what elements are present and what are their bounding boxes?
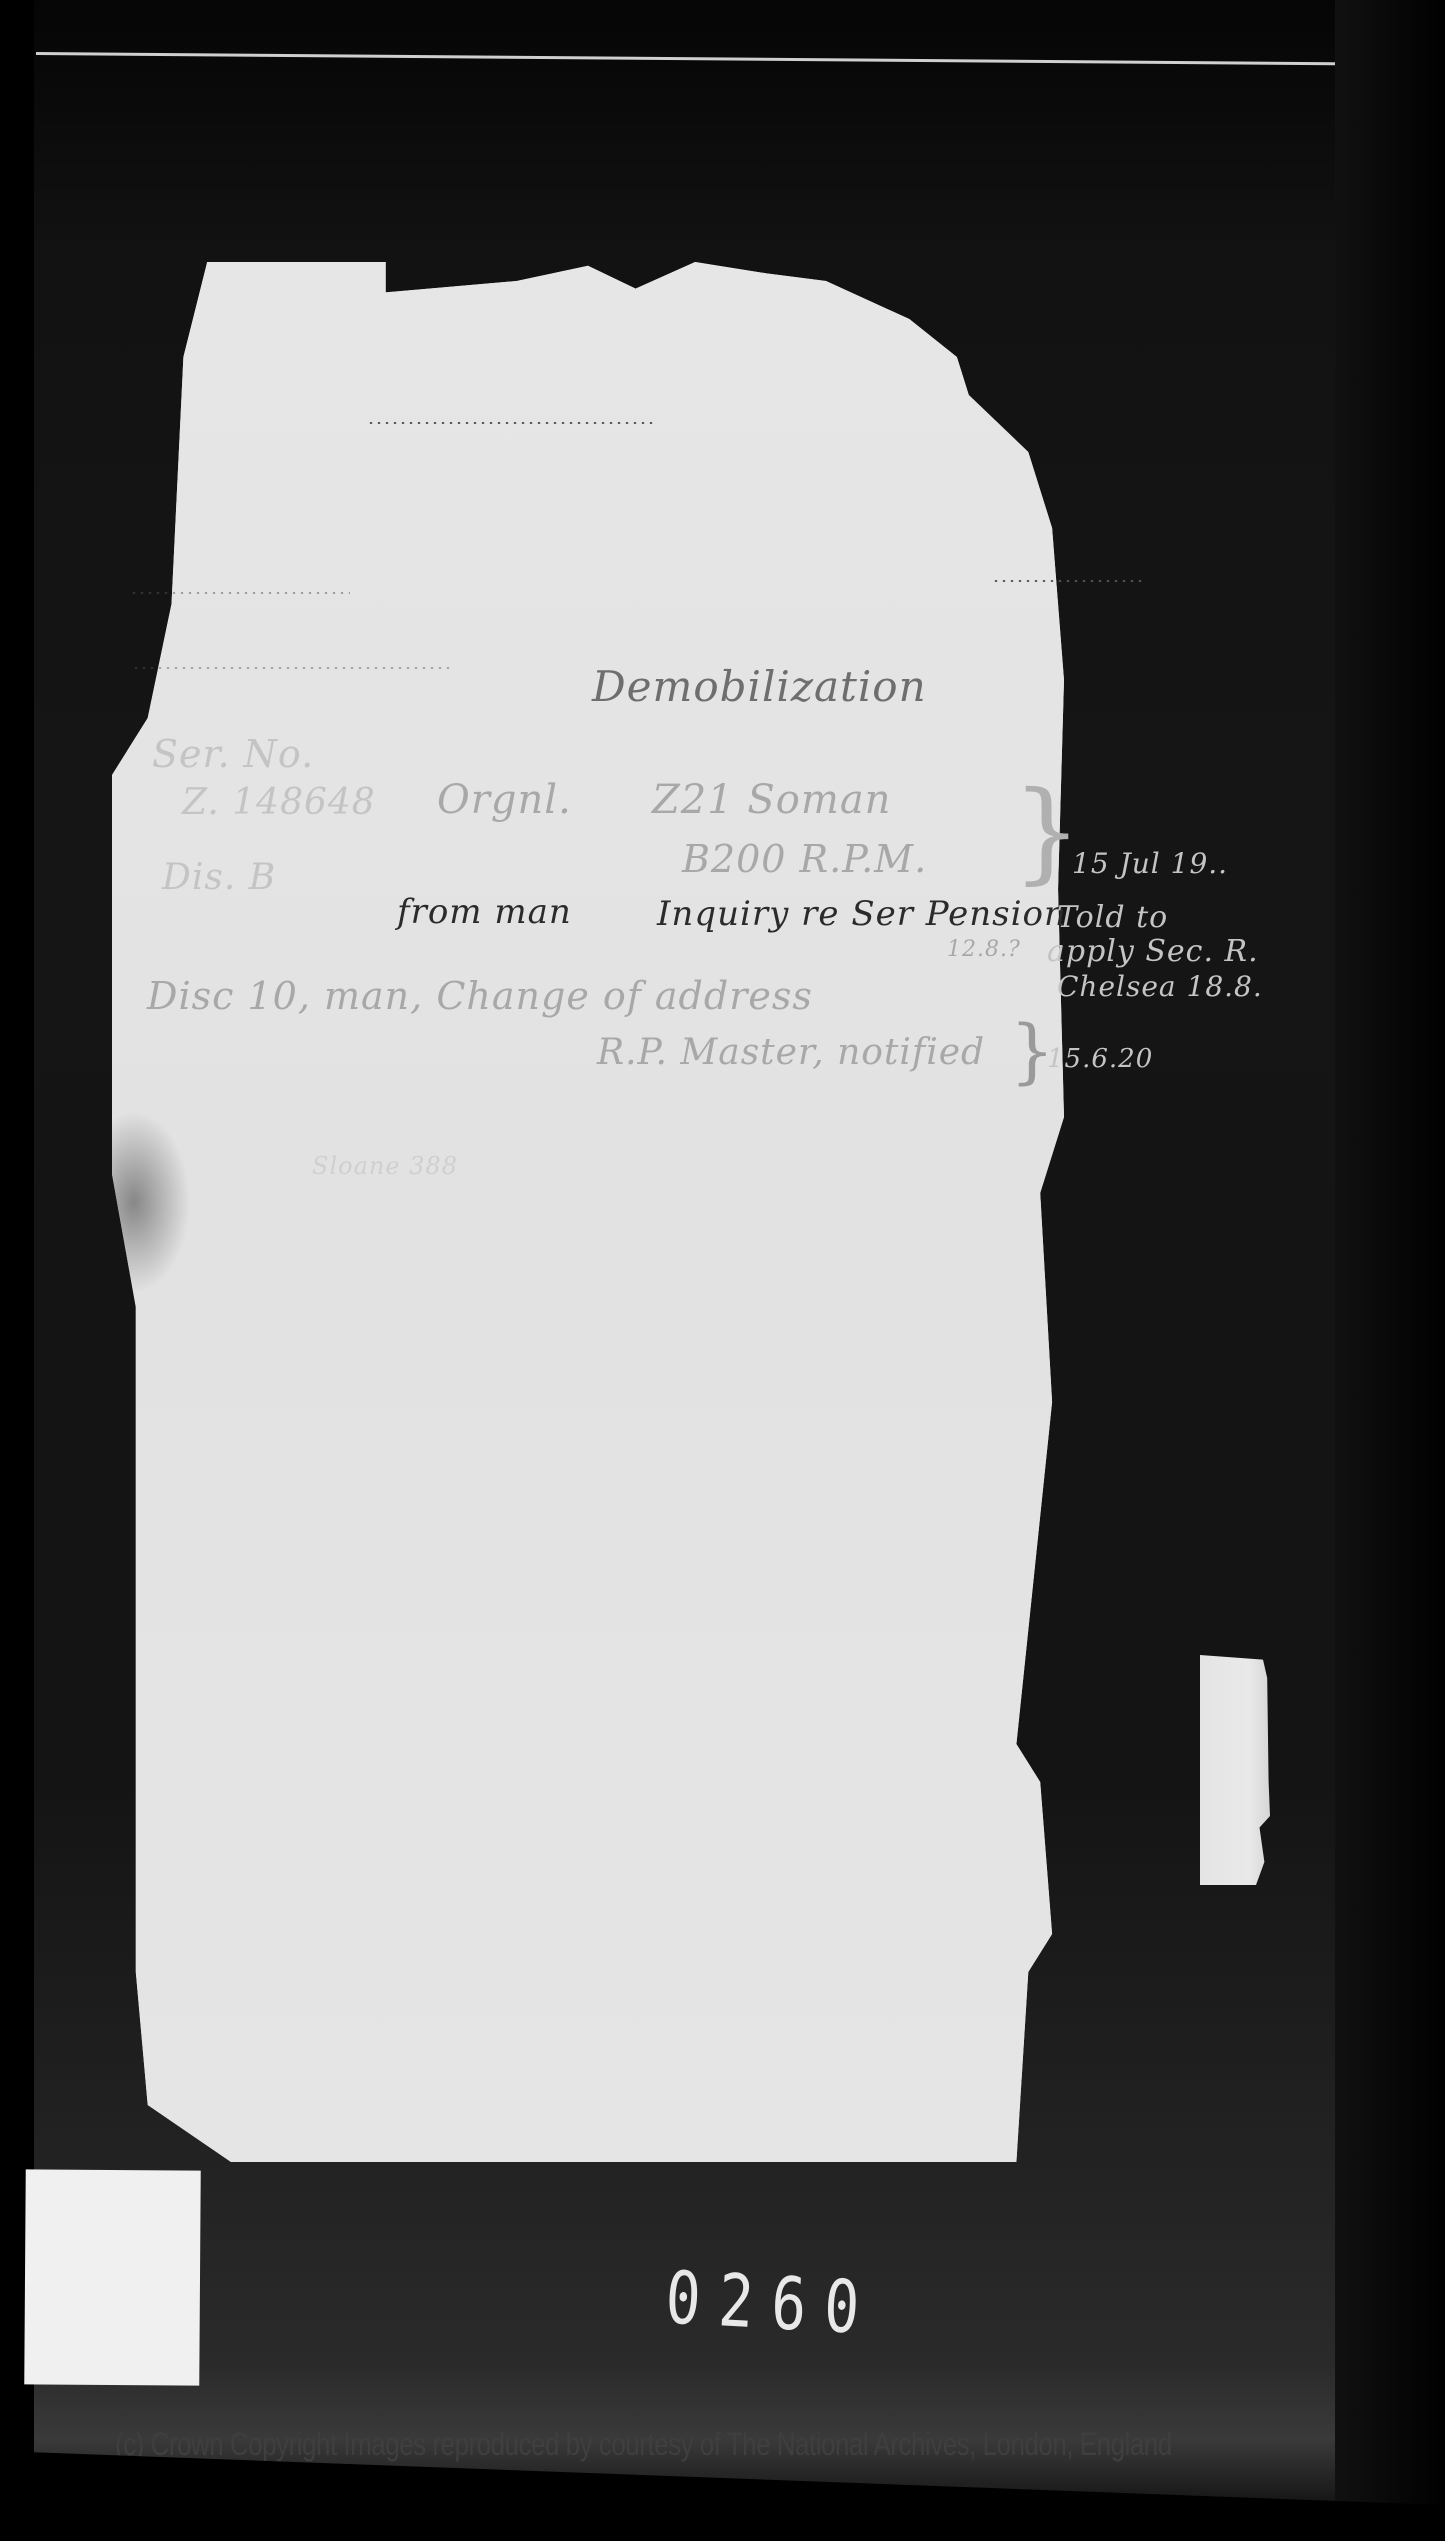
from-man-note: from man xyxy=(397,892,572,932)
heading-demobilization: Demobilization xyxy=(592,662,927,711)
printed-rule xyxy=(367,422,657,424)
rp-master-notified: R.P. Master, notified xyxy=(597,1032,985,1073)
orgnl-line-1: Z21 Soman xyxy=(652,777,891,823)
frame-number: 0260 xyxy=(664,2255,880,2351)
told-line-1: Told to xyxy=(1057,900,1168,935)
disc-change-of-address: Disc 10, man, Change of address xyxy=(147,974,813,1018)
service-no-label: Ser. No. xyxy=(152,732,314,776)
inquiry-date: 12.8.? xyxy=(947,937,1021,962)
copyright-notice: (c) Crown Copyright Images reproduced by… xyxy=(115,2425,1172,2464)
faint-stamp: Sloane 388 xyxy=(312,1152,458,1180)
inquiry-note: Inquiry re Ser Pension xyxy=(657,894,1067,934)
printed-rule xyxy=(132,667,452,669)
dis-label: Dis. B xyxy=(162,857,276,898)
told-line-3: Chelsea 18.8. xyxy=(1057,970,1263,1003)
told-line-2: apply Sec. R. xyxy=(1047,934,1259,969)
record-card-content: Demobilization Ser. No. Z. 148648 Orgnl.… xyxy=(112,262,1302,2162)
notified-date: 15.6.20 xyxy=(1047,1044,1153,1074)
right-date-top: 15 Jul 19.. xyxy=(1072,847,1228,880)
orgnl-label: Orgnl. xyxy=(437,777,572,823)
film-right-border xyxy=(1335,0,1445,2541)
service-number: Z. 148648 xyxy=(182,782,376,823)
calibration-card xyxy=(24,2169,200,2385)
printed-rule xyxy=(992,580,1142,582)
film-left-border xyxy=(0,0,34,2541)
orgnl-line-2: B200 R.P.M. xyxy=(682,837,927,881)
printed-rule xyxy=(130,592,350,594)
